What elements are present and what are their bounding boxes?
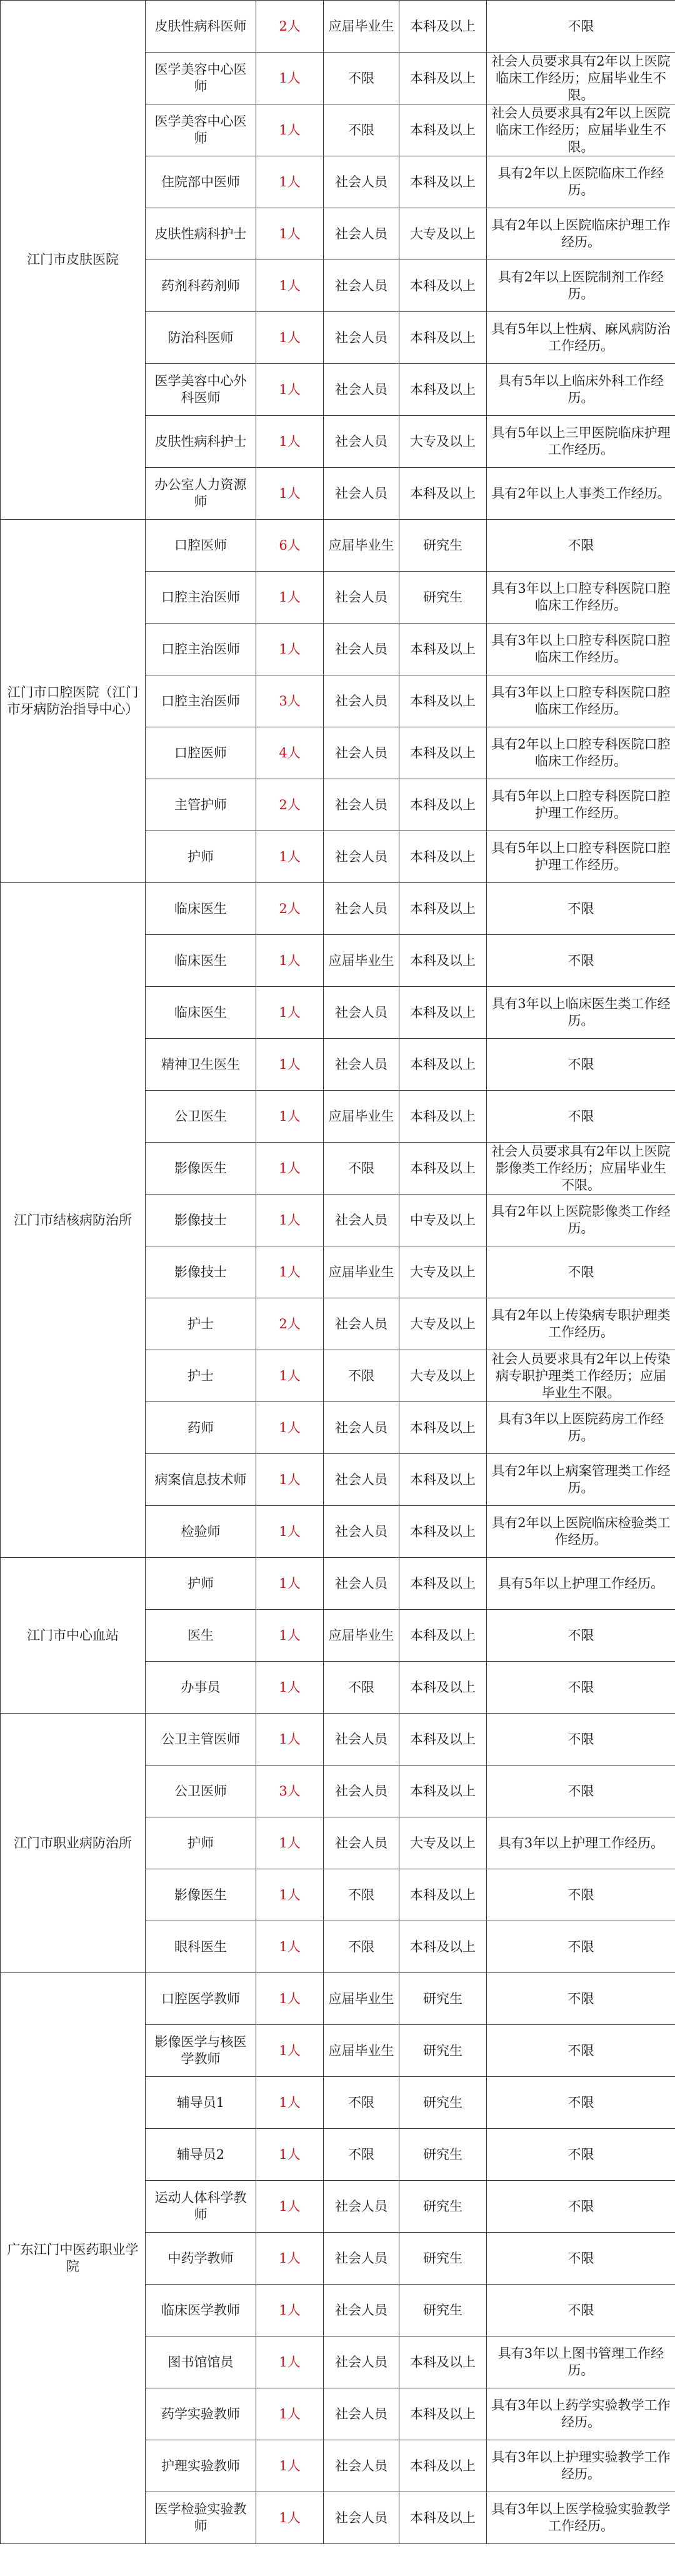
education-cell: 本科及以上 — [399, 156, 487, 208]
post-name-cell: 公卫医生 — [146, 1091, 256, 1143]
headcount-cell: 2人 — [256, 883, 324, 935]
education-cell: 研究生 — [399, 520, 487, 572]
candidate-source-cell: 社会人员 — [324, 2336, 399, 2388]
requirement-cell: 不限 — [487, 1765, 675, 1817]
post-name-cell: 皮肤性病科医师 — [146, 1, 256, 53]
post-name-cell: 护师 — [146, 1817, 256, 1869]
education-cell: 研究生 — [399, 1973, 487, 2025]
education-cell: 本科及以上 — [399, 1402, 487, 1454]
requirement-cell: 不限 — [487, 1091, 675, 1143]
requirement-cell: 不限 — [487, 2285, 675, 2336]
post-name-cell: 影像医生 — [146, 1143, 256, 1195]
education-cell: 本科及以上 — [399, 1506, 487, 1558]
education-cell: 大专及以上 — [399, 416, 487, 468]
headcount-cell: 1人 — [256, 2181, 324, 2233]
post-name-cell: 住院部中医师 — [146, 156, 256, 208]
education-cell: 本科及以上 — [399, 260, 487, 312]
post-name-cell: 护师 — [146, 1558, 256, 1610]
recruitment-table-body: 江门市皮肤医院皮肤性病科医师2人应届毕业生本科及以上不限医学美容中心医师1人不限… — [1, 1, 675, 2544]
education-cell: 本科及以上 — [399, 364, 487, 416]
post-name-cell: 护士 — [146, 1350, 256, 1402]
requirement-cell: 具有3年以上图书管理工作经历。 — [487, 2336, 675, 2388]
requirement-cell: 不限 — [487, 883, 675, 935]
candidate-source-cell: 不限 — [324, 1143, 399, 1195]
candidate-source-cell: 社会人员 — [324, 2388, 399, 2440]
requirement-cell: 不限 — [487, 1921, 675, 1973]
post-name-cell: 影像技士 — [146, 1246, 256, 1298]
post-name-cell: 口腔主治医师 — [146, 624, 256, 675]
post-name-cell: 临床医学教师 — [146, 2285, 256, 2336]
post-name-cell: 临床医生 — [146, 883, 256, 935]
candidate-source-cell: 应届毕业生 — [324, 935, 399, 987]
post-name-cell: 病案信息技术师 — [146, 1454, 256, 1506]
headcount-cell: 1人 — [256, 1350, 324, 1402]
headcount-cell: 1人 — [256, 2388, 324, 2440]
requirement-cell: 具有2年以上医院临床护理工作经历。 — [487, 208, 675, 260]
candidate-source-cell: 社会人员 — [324, 883, 399, 935]
post-name-cell: 医学美容中心医师 — [146, 53, 256, 104]
post-name-cell: 辅导员1 — [146, 2077, 256, 2129]
post-name-cell: 护士 — [146, 1298, 256, 1350]
requirement-cell: 具有3年以上护理实验教学工作经历。 — [487, 2440, 675, 2492]
headcount-cell: 1人 — [256, 1662, 324, 1714]
headcount-cell: 1人 — [256, 53, 324, 104]
education-cell: 大专及以上 — [399, 1246, 487, 1298]
candidate-source-cell: 不限 — [324, 104, 399, 156]
education-cell: 大专及以上 — [399, 1298, 487, 1350]
headcount-cell: 1人 — [256, 1610, 324, 1662]
education-cell: 本科及以上 — [399, 883, 487, 935]
post-name-cell: 中药学教师 — [146, 2233, 256, 2285]
table-row: 广东江门中医药职业学院口腔医学教师1人应届毕业生研究生不限 — [1, 1973, 675, 2025]
requirement-cell: 社会人员要求具有2年以上医院临床工作经历；应届毕业生不限。 — [487, 53, 675, 104]
requirement-cell: 社会人员要求具有2年以上医院临床工作经历；应届毕业生不限。 — [487, 104, 675, 156]
candidate-source-cell: 社会人员 — [324, 1454, 399, 1506]
candidate-source-cell: 不限 — [324, 1869, 399, 1921]
candidate-source-cell: 社会人员 — [324, 1765, 399, 1817]
post-name-cell: 主管护师 — [146, 779, 256, 831]
education-cell: 本科及以上 — [399, 935, 487, 987]
post-name-cell: 检验师 — [146, 1506, 256, 1558]
requirement-cell: 不限 — [487, 1662, 675, 1714]
requirement-cell: 不限 — [487, 935, 675, 987]
headcount-cell: 1人 — [256, 312, 324, 364]
education-cell: 中专及以上 — [399, 1195, 487, 1246]
post-name-cell: 眼科医生 — [146, 1921, 256, 1973]
education-cell: 本科及以上 — [399, 468, 487, 520]
education-cell: 本科及以上 — [399, 1091, 487, 1143]
education-cell: 本科及以上 — [399, 624, 487, 675]
requirement-cell: 不限 — [487, 2181, 675, 2233]
headcount-cell: 1人 — [256, 935, 324, 987]
candidate-source-cell: 应届毕业生 — [324, 1091, 399, 1143]
headcount-cell: 2人 — [256, 779, 324, 831]
headcount-cell: 1人 — [256, 1817, 324, 1869]
candidate-source-cell: 社会人员 — [324, 312, 399, 364]
headcount-cell: 1人 — [256, 1973, 324, 2025]
post-name-cell: 口腔主治医师 — [146, 572, 256, 624]
education-cell: 研究生 — [399, 2077, 487, 2129]
post-name-cell: 护理实验教师 — [146, 2440, 256, 2492]
candidate-source-cell: 社会人员 — [324, 727, 399, 779]
headcount-cell: 1人 — [256, 2492, 324, 2544]
requirement-cell: 具有2年以上医院临床工作经历。 — [487, 156, 675, 208]
education-cell: 本科及以上 — [399, 675, 487, 727]
candidate-source-cell: 社会人员 — [324, 416, 399, 468]
education-cell: 大专及以上 — [399, 1350, 487, 1402]
education-cell: 本科及以上 — [399, 2492, 487, 2544]
post-name-cell: 办事员 — [146, 1662, 256, 1714]
education-cell: 研究生 — [399, 2233, 487, 2285]
candidate-source-cell: 社会人员 — [324, 468, 399, 520]
requirement-cell: 具有5年以上口腔专科医院口腔护理工作经历。 — [487, 779, 675, 831]
requirement-cell: 不限 — [487, 1246, 675, 1298]
requirement-cell: 不限 — [487, 1610, 675, 1662]
candidate-source-cell: 社会人员 — [324, 208, 399, 260]
headcount-cell: 1人 — [256, 1039, 324, 1091]
education-cell: 本科及以上 — [399, 987, 487, 1039]
requirement-cell: 具有2年以上医院影像类工作经历。 — [487, 1195, 675, 1246]
headcount-cell: 1人 — [256, 416, 324, 468]
table-row: 江门市口腔医院（江门市牙病防治指导中心）口腔医师6人应届毕业生研究生不限 — [1, 520, 675, 572]
post-name-cell: 公卫医师 — [146, 1765, 256, 1817]
headcount-cell: 1人 — [256, 831, 324, 883]
requirement-cell: 不限 — [487, 1714, 675, 1765]
education-cell: 本科及以上 — [399, 104, 487, 156]
employer-unit-cell: 广东江门中医药职业学院 — [1, 1973, 146, 2544]
employer-unit-cell: 江门市口腔医院（江门市牙病防治指导中心） — [1, 520, 146, 883]
headcount-cell: 1人 — [256, 156, 324, 208]
requirement-cell: 不限 — [487, 520, 675, 572]
requirement-cell: 具有3年以上医学检验实验教学工作经历。 — [487, 2492, 675, 2544]
education-cell: 本科及以上 — [399, 53, 487, 104]
recruitment-table: 江门市皮肤医院皮肤性病科医师2人应届毕业生本科及以上不限医学美容中心医师1人不限… — [0, 0, 675, 2544]
post-name-cell: 医生 — [146, 1610, 256, 1662]
candidate-source-cell: 社会人员 — [324, 675, 399, 727]
headcount-cell: 1人 — [256, 1869, 324, 1921]
headcount-cell: 1人 — [256, 1143, 324, 1195]
requirement-cell: 不限 — [487, 2233, 675, 2285]
headcount-cell: 1人 — [256, 104, 324, 156]
candidate-source-cell: 不限 — [324, 53, 399, 104]
post-name-cell: 运动人体科学教师 — [146, 2181, 256, 2233]
candidate-source-cell: 社会人员 — [324, 1558, 399, 1610]
employer-unit-cell: 江门市结核病防治所 — [1, 883, 146, 1558]
education-cell: 本科及以上 — [399, 1869, 487, 1921]
education-cell: 本科及以上 — [399, 312, 487, 364]
employer-unit-cell: 江门市中心血站 — [1, 1558, 146, 1714]
education-cell: 研究生 — [399, 2129, 487, 2181]
candidate-source-cell: 不限 — [324, 2077, 399, 2129]
education-cell: 本科及以上 — [399, 2388, 487, 2440]
requirement-cell: 具有3年以上口腔专科医院口腔临床工作经历。 — [487, 624, 675, 675]
post-name-cell: 影像医学与核医学教师 — [146, 2025, 256, 2077]
education-cell: 本科及以上 — [399, 831, 487, 883]
headcount-cell: 2人 — [256, 1, 324, 53]
headcount-cell: 1人 — [256, 2336, 324, 2388]
post-name-cell: 精神卫生医生 — [146, 1039, 256, 1091]
requirement-cell: 具有5年以上性病、麻风病防治工作经历。 — [487, 312, 675, 364]
education-cell: 本科及以上 — [399, 1662, 487, 1714]
headcount-cell: 1人 — [256, 364, 324, 416]
candidate-source-cell: 社会人员 — [324, 2440, 399, 2492]
candidate-source-cell: 社会人员 — [324, 1195, 399, 1246]
headcount-cell: 1人 — [256, 1506, 324, 1558]
post-name-cell: 防治科医师 — [146, 312, 256, 364]
candidate-source-cell: 社会人员 — [324, 1714, 399, 1765]
requirement-cell: 具有3年以上护理工作经历。 — [487, 1817, 675, 1869]
headcount-cell: 3人 — [256, 1765, 324, 1817]
post-name-cell: 药剂科药剂师 — [146, 260, 256, 312]
education-cell: 本科及以上 — [399, 727, 487, 779]
education-cell: 本科及以上 — [399, 1454, 487, 1506]
table-row: 江门市职业病防治所公卫主管医师1人社会人员本科及以上不限 — [1, 1714, 675, 1765]
requirement-cell: 具有2年以上医院制剂工作经历。 — [487, 260, 675, 312]
requirement-cell: 具有3年以上药学实验教学工作经历。 — [487, 2388, 675, 2440]
education-cell: 研究生 — [399, 2181, 487, 2233]
education-cell: 本科及以上 — [399, 779, 487, 831]
candidate-source-cell: 社会人员 — [324, 1039, 399, 1091]
candidate-source-cell: 社会人员 — [324, 2285, 399, 2336]
requirement-cell: 具有5年以上口腔专科医院口腔护理工作经历。 — [487, 831, 675, 883]
candidate-source-cell: 社会人员 — [324, 1298, 399, 1350]
requirement-cell: 具有5年以上三甲医院临床护理工作经历。 — [487, 416, 675, 468]
candidate-source-cell: 不限 — [324, 2129, 399, 2181]
post-name-cell: 医学美容中心外科医师 — [146, 364, 256, 416]
education-cell: 研究生 — [399, 2285, 487, 2336]
requirement-cell: 具有2年以上医院临床检验类工作经历。 — [487, 1506, 675, 1558]
education-cell: 本科及以上 — [399, 1921, 487, 1973]
candidate-source-cell: 社会人员 — [324, 987, 399, 1039]
requirement-cell: 社会人员要求具有2年以上传染病专职护理类工作经历；应届毕业生不限。 — [487, 1350, 675, 1402]
candidate-source-cell: 应届毕业生 — [324, 1610, 399, 1662]
post-name-cell: 口腔医师 — [146, 727, 256, 779]
post-name-cell: 口腔医学教师 — [146, 1973, 256, 2025]
candidate-source-cell: 社会人员 — [324, 572, 399, 624]
headcount-cell: 1人 — [256, 1714, 324, 1765]
employer-unit-cell: 江门市职业病防治所 — [1, 1714, 146, 1973]
requirement-cell: 不限 — [487, 1, 675, 53]
education-cell: 大专及以上 — [399, 208, 487, 260]
requirement-cell: 具有3年以上口腔专科医院口腔临床工作经历。 — [487, 675, 675, 727]
headcount-cell: 1人 — [256, 572, 324, 624]
education-cell: 本科及以上 — [399, 1714, 487, 1765]
candidate-source-cell: 社会人员 — [324, 624, 399, 675]
candidate-source-cell: 社会人员 — [324, 1506, 399, 1558]
table-row: 江门市中心血站护师1人社会人员本科及以上具有5年以上护理工作经历。 — [1, 1558, 675, 1610]
requirement-cell: 不限 — [487, 2077, 675, 2129]
requirement-cell: 具有3年以上口腔专科医院口腔临床工作经历。 — [487, 572, 675, 624]
headcount-cell: 2人 — [256, 1298, 324, 1350]
candidate-source-cell: 应届毕业生 — [324, 1, 399, 53]
requirement-cell: 具有2年以上人事类工作经历。 — [487, 468, 675, 520]
post-name-cell: 药师 — [146, 1402, 256, 1454]
headcount-cell: 3人 — [256, 675, 324, 727]
education-cell: 研究生 — [399, 2025, 487, 2077]
headcount-cell: 1人 — [256, 1246, 324, 1298]
candidate-source-cell: 社会人员 — [324, 260, 399, 312]
employer-unit-cell: 江门市皮肤医院 — [1, 1, 146, 520]
requirement-cell: 不限 — [487, 2129, 675, 2181]
headcount-cell: 1人 — [256, 1402, 324, 1454]
candidate-source-cell: 应届毕业生 — [324, 2025, 399, 2077]
headcount-cell: 6人 — [256, 520, 324, 572]
headcount-cell: 1人 — [256, 2285, 324, 2336]
headcount-cell: 1人 — [256, 2129, 324, 2181]
candidate-source-cell: 应届毕业生 — [324, 1973, 399, 2025]
candidate-source-cell: 不限 — [324, 1662, 399, 1714]
post-name-cell: 护师 — [146, 831, 256, 883]
education-cell: 本科及以上 — [399, 1143, 487, 1195]
headcount-cell: 1人 — [256, 624, 324, 675]
headcount-cell: 1人 — [256, 260, 324, 312]
post-name-cell: 办公室人力资源师 — [146, 468, 256, 520]
headcount-cell: 1人 — [256, 1091, 324, 1143]
candidate-source-cell: 应届毕业生 — [324, 1246, 399, 1298]
education-cell: 大专及以上 — [399, 1817, 487, 1869]
post-name-cell: 公卫主管医师 — [146, 1714, 256, 1765]
education-cell: 研究生 — [399, 572, 487, 624]
candidate-source-cell: 应届毕业生 — [324, 520, 399, 572]
post-name-cell: 临床医生 — [146, 987, 256, 1039]
post-name-cell: 影像技士 — [146, 1195, 256, 1246]
requirement-cell: 具有5年以上临床外科工作经历。 — [487, 364, 675, 416]
headcount-cell: 1人 — [256, 2025, 324, 2077]
table-row: 江门市结核病防治所临床医生2人社会人员本科及以上不限 — [1, 883, 675, 935]
headcount-cell: 1人 — [256, 987, 324, 1039]
post-name-cell: 辅导员2 — [146, 2129, 256, 2181]
requirement-cell: 具有2年以上口腔专科医院口腔临床工作经历。 — [487, 727, 675, 779]
candidate-source-cell: 社会人员 — [324, 364, 399, 416]
candidate-source-cell: 社会人员 — [324, 2233, 399, 2285]
education-cell: 本科及以上 — [399, 2336, 487, 2388]
post-name-cell: 临床医生 — [146, 935, 256, 987]
requirement-cell: 不限 — [487, 1973, 675, 2025]
headcount-cell: 1人 — [256, 2077, 324, 2129]
education-cell: 本科及以上 — [399, 1, 487, 53]
post-name-cell: 皮肤性病科护士 — [146, 208, 256, 260]
headcount-cell: 1人 — [256, 2233, 324, 2285]
candidate-source-cell: 社会人员 — [324, 156, 399, 208]
post-name-cell: 医学美容中心医师 — [146, 104, 256, 156]
post-name-cell: 影像医生 — [146, 1869, 256, 1921]
requirement-cell: 不限 — [487, 1869, 675, 1921]
headcount-cell: 1人 — [256, 1558, 324, 1610]
candidate-source-cell: 社会人员 — [324, 1402, 399, 1454]
education-cell: 本科及以上 — [399, 1610, 487, 1662]
headcount-cell: 1人 — [256, 468, 324, 520]
headcount-cell: 4人 — [256, 727, 324, 779]
requirement-cell: 具有2年以上传染病专职护理类工作经历。 — [487, 1298, 675, 1350]
post-name-cell: 药学实验教师 — [146, 2388, 256, 2440]
requirement-cell: 不限 — [487, 2025, 675, 2077]
table-row: 江门市皮肤医院皮肤性病科医师2人应届毕业生本科及以上不限 — [1, 1, 675, 53]
post-name-cell: 皮肤性病科护士 — [146, 416, 256, 468]
requirement-cell: 不限 — [487, 1039, 675, 1091]
education-cell: 本科及以上 — [399, 1039, 487, 1091]
requirement-cell: 具有3年以上临床医生类工作经历。 — [487, 987, 675, 1039]
candidate-source-cell: 不限 — [324, 1921, 399, 1973]
headcount-cell: 1人 — [256, 1921, 324, 1973]
candidate-source-cell: 社会人员 — [324, 2181, 399, 2233]
post-name-cell: 口腔医师 — [146, 520, 256, 572]
education-cell: 本科及以上 — [399, 1558, 487, 1610]
candidate-source-cell: 社会人员 — [324, 1817, 399, 1869]
education-cell: 本科及以上 — [399, 1765, 487, 1817]
headcount-cell: 1人 — [256, 1195, 324, 1246]
post-name-cell: 图书馆馆员 — [146, 2336, 256, 2388]
requirement-cell: 具有3年以上医院药房工作经历。 — [487, 1402, 675, 1454]
candidate-source-cell: 不限 — [324, 1350, 399, 1402]
post-name-cell: 医学检验实验教师 — [146, 2492, 256, 2544]
candidate-source-cell: 社会人员 — [324, 831, 399, 883]
post-name-cell: 口腔主治医师 — [146, 675, 256, 727]
requirement-cell: 社会人员要求具有2年以上医院影像类工作经历；应届毕业生不限。 — [487, 1143, 675, 1195]
headcount-cell: 1人 — [256, 1454, 324, 1506]
headcount-cell: 1人 — [256, 208, 324, 260]
education-cell: 本科及以上 — [399, 2440, 487, 2492]
requirement-cell: 具有5年以上护理工作经历。 — [487, 1558, 675, 1610]
headcount-cell: 1人 — [256, 2440, 324, 2492]
requirement-cell: 具有2年以上病案管理类工作经历。 — [487, 1454, 675, 1506]
candidate-source-cell: 社会人员 — [324, 2492, 399, 2544]
candidate-source-cell: 社会人员 — [324, 779, 399, 831]
